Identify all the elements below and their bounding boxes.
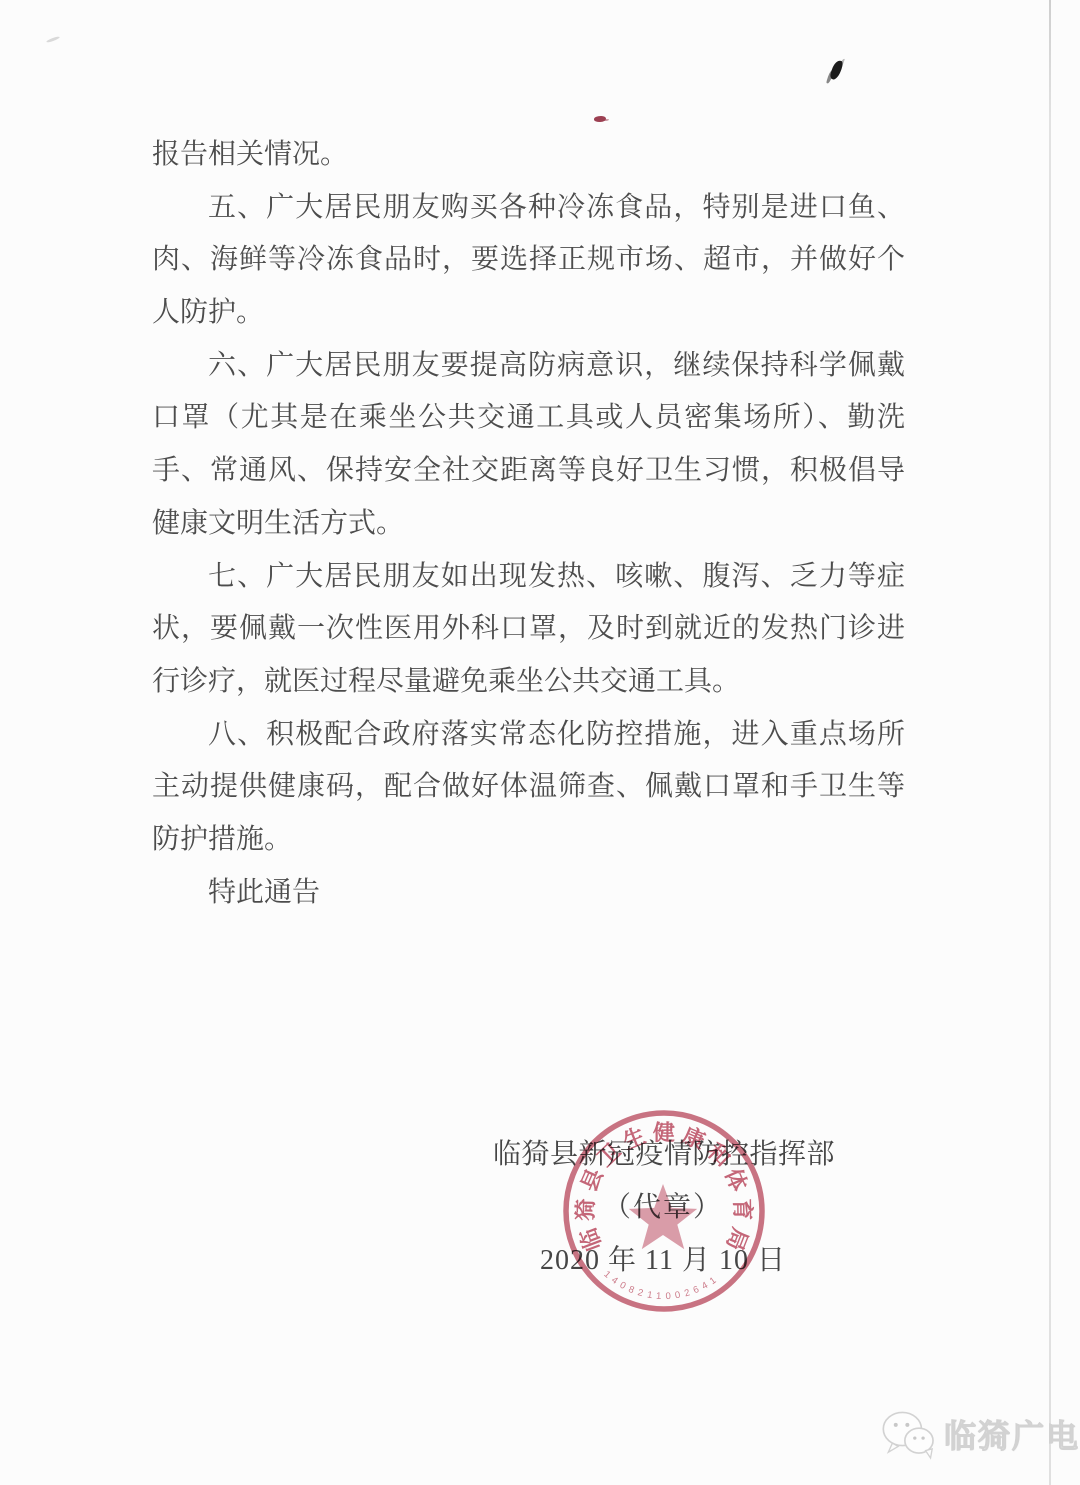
document-line: 健康文明生活方式。	[152, 498, 905, 551]
scan-page-edge	[1049, 0, 1051, 1485]
document-line: 状，要佩戴一次性医用外科口罩，及时到就近的发热门诊进	[152, 603, 905, 656]
official-seal: 临猗县卫生健康和体育局 1408211002641	[544, 1091, 784, 1331]
document-line: 主动提供健康码，配合做好体温筛查、佩戴口罩和手卫生等	[152, 761, 905, 814]
document-line: 人防护。	[152, 287, 905, 340]
document-line: 防护措施。	[152, 814, 905, 867]
document-line: 手、常通风、保持安全社交距离等良好卫生习惯，积极倡导	[152, 445, 905, 498]
document-line: 六、广大居民朋友要提高防病意识，继续保持科学佩戴	[152, 340, 905, 393]
wechat-icon	[880, 1407, 938, 1461]
dust-mark	[46, 36, 60, 44]
document-line: 八、积极配合政府落实常态化防控措施，进入重点场所	[152, 709, 905, 762]
document-line: 七、广大居民朋友如出现发热、咳嗽、腹泻、乏力等症	[152, 551, 905, 604]
seal-star-icon	[629, 1184, 697, 1249]
ink-speck-black	[829, 59, 844, 81]
document-line: 肉、海鲜等冷冻食品时，要选择正规市场、超市，并做好个	[152, 234, 905, 287]
document-line: 报告相关情况。	[152, 129, 905, 182]
ink-speck-red	[594, 116, 606, 122]
scanned-document-page: 报告相关情况。五、广大居民朋友购买各种冷冻食品，特别是进口鱼、肉、海鲜等冷冻食品…	[0, 0, 1080, 1485]
watermark-label: 临猗广电	[944, 1411, 1080, 1457]
document-body: 报告相关情况。五、广大居民朋友购买各种冷冻食品，特别是进口鱼、肉、海鲜等冷冻食品…	[152, 129, 905, 919]
document-line: 特此通告	[152, 867, 905, 920]
document-line: 五、广大居民朋友购买各种冷冻食品，特别是进口鱼、	[152, 182, 905, 235]
document-line: 行诊疗，就医过程尽量避免乘坐公共交通工具。	[152, 656, 905, 709]
watermark: 临猗广电	[880, 1402, 1080, 1466]
document-line: 口罩（尤其是在乘坐公共交通工具或人员密集场所）、勤洗	[152, 392, 905, 445]
